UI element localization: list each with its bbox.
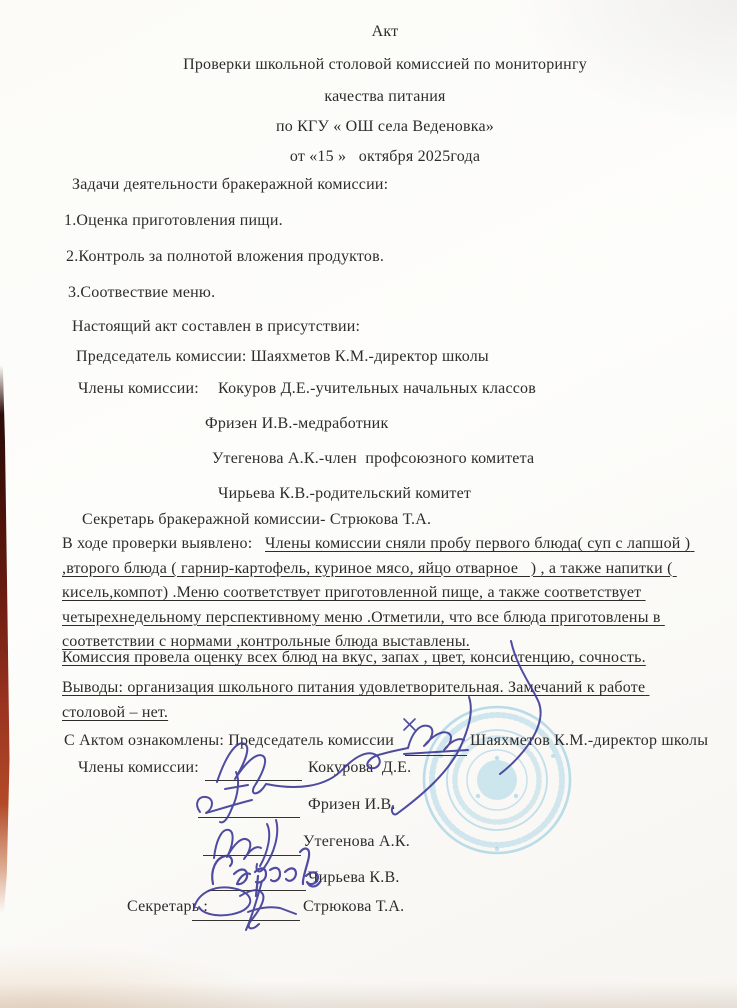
chairman-line: Председатель комиссии: Шаяхметов К.М.-ди… [76, 347, 489, 367]
signature-name-3: Утегенова А.К. [303, 832, 410, 852]
signature-line-1 [205, 780, 302, 781]
sign-members-label: Члены комиссии: [78, 758, 199, 778]
doc-title-act: Акт [65, 22, 705, 42]
doc-date-line: от «15 » октября 2025года [65, 147, 705, 167]
signature-name-2: Фризен И.В. [308, 795, 396, 815]
scan-bottom-shadow [0, 982, 737, 1008]
findings-text: Члены комиссии сняли пробу первого блюда… [62, 535, 694, 650]
doc-title-line2: Проверки школьной столовой комиссией по … [65, 55, 705, 75]
task-item-2: 2.Контроль за полнотой вложения продукто… [66, 247, 384, 267]
signature-line-2 [198, 817, 300, 818]
acquainted-suffix: Шаяхметов К.М.-директор школы [470, 731, 708, 751]
signature-line-4 [208, 890, 306, 891]
member-item-3: Утегенова А.К.-член профсоюзного комитет… [212, 449, 534, 469]
findings-paragraph: В ходе проверки выявлено: Члены комиссии… [62, 532, 694, 655]
secretary-signature-line [192, 920, 300, 921]
tasks-heading: Задачи деятельности бракеражной комиссии… [72, 175, 388, 195]
presence-line: Настоящий акт составлен в присутствии: [72, 317, 360, 337]
member-item-4: Чирьева К.В.-родительский комитет [218, 484, 471, 504]
doc-title-line3: качества питания [65, 87, 705, 107]
document-text-layer: Акт Проверки школьной столовой комиссией… [0, 0, 737, 1008]
member-item-1: Кокуров Д.Е.-учительных начальных классо… [218, 379, 536, 399]
secretary-line: Секретарь бракеражной комиссии- Стрюкова… [82, 510, 431, 530]
scanned-act-document: Акт Проверки школьной столовой комиссией… [0, 0, 737, 1008]
signature-line-3 [203, 855, 301, 856]
secretary-sign-name: Стрюкова Т.А. [303, 897, 404, 917]
signature-name-4: Чирьева К.В. [308, 868, 400, 888]
findings-label: В ходе проверки выявлено: [62, 535, 265, 552]
chairman-signature-line [405, 755, 467, 756]
member-item-2: Фризен И.В.-медработник [205, 414, 388, 434]
members-label: Члены комиссии: [78, 379, 199, 399]
secretary-sign-label: Секретарь : [127, 897, 208, 917]
signature-name-1: Кокурова Д.Е. [308, 758, 411, 778]
conclusion-paragraph: Выводы: организация школьного питания уд… [62, 676, 696, 725]
doc-title-line4: по КГУ « ОШ села Веденовка» [65, 117, 705, 137]
tasting-line: Комиссия провела оценку всех блюд на вку… [62, 648, 646, 668]
acquainted-prefix: С Актом ознакомлены: Председатель комисс… [64, 731, 394, 751]
task-item-3: 3.Соотвествие меню. [68, 283, 215, 303]
task-item-1: 1.Оценка приготовления пищи. [64, 211, 283, 231]
